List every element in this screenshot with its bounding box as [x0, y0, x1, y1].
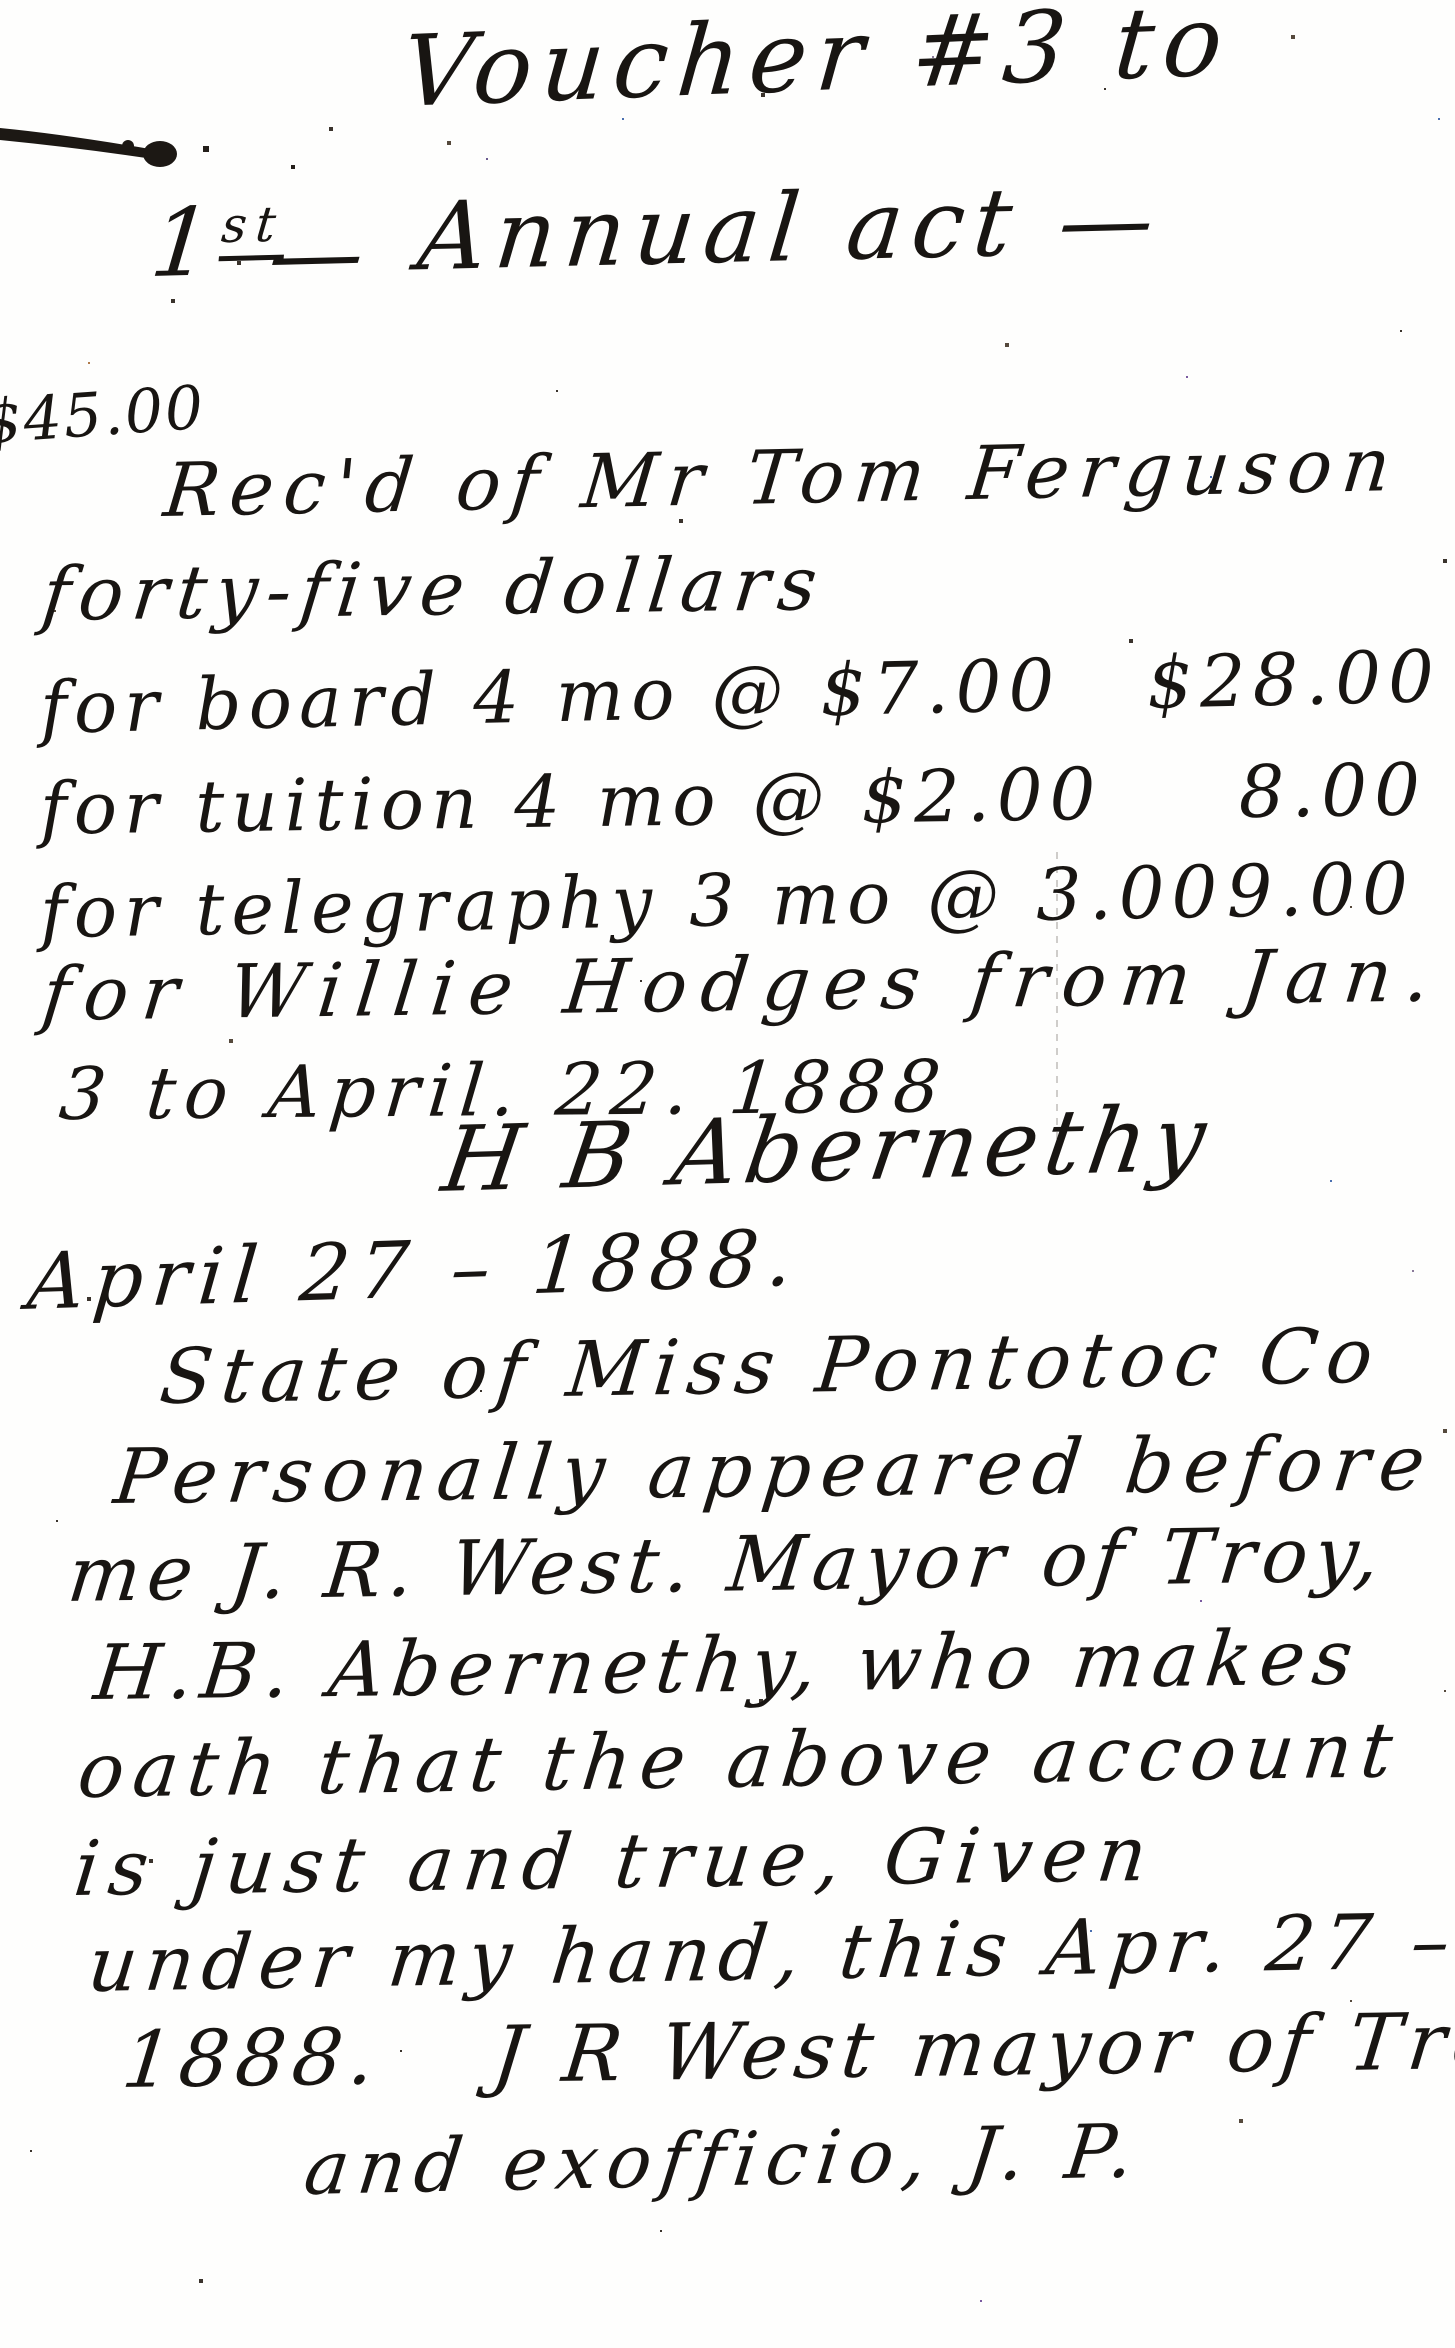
affidavit-date-line: April 27 – 1888. — [24, 1213, 805, 1328]
receipt-item-row: for tuition 4 mo @ $2.00 8.00 — [39, 747, 1441, 851]
scan-noise-specks — [0, 0, 2, 2]
voucher-title-line1: Voucher #3 to — [398, 0, 1236, 130]
closing-line: 1888. J R West mayor of Troy — [118, 1996, 1455, 2106]
affidavit-line: under my hand, this Apr. 27 – — [84, 1896, 1455, 2009]
abernethy-signature: H B Abernethy — [436, 1086, 1219, 1213]
scanned-document-page: Voucher #3 to 1st— Annual act — $45.00 R… — [0, 0, 1455, 2348]
amount-in-words: forty-five dollars — [38, 541, 830, 638]
closing-year: 1888. — [118, 2012, 386, 2106]
title-trailing-dash: — — [1054, 165, 1168, 277]
receipt-item-row: for board 4 mo @ $7.00 $28.00 — [39, 634, 1442, 750]
affidavit-line: State of Miss Pontotoc Co — [156, 1311, 1386, 1421]
item-amount: 8.00 — [1238, 747, 1427, 834]
item-amount: 9.00 — [1226, 846, 1416, 933]
ordinal-underline-dash: — — [264, 198, 378, 310]
affidavit-line: Personally appeared before — [110, 1418, 1440, 1521]
amount-in-figures: $45.00 — [0, 373, 207, 458]
received-of-line: Rec'd of Mr Tom Ferguson — [160, 422, 1404, 534]
item-description: for tuition 4 mo @ $2.00 — [39, 752, 1102, 851]
affidavit-line: is just and true, Given — [70, 1809, 1161, 1913]
affidavit-line: oath that the above account — [74, 1705, 1406, 1815]
item-description: for board 4 mo @ $7.00 — [39, 643, 1062, 750]
west-signature: J R West mayor of Troy — [488, 1996, 1455, 2101]
title-number: 1 — [146, 188, 226, 299]
affidavit-line: H.B. Abernethy, who makes — [90, 1612, 1365, 1717]
item-amount: $28.00 — [1146, 634, 1442, 725]
west-signature-title: and exofficio, J. P. — [300, 2108, 1147, 2212]
purpose-line-1: for Willie Hodges from Jan. — [38, 932, 1448, 1038]
title-text: Annual act — [413, 168, 1025, 292]
affidavit-line: me J. R. West. Mayor of Troy, — [64, 1509, 1391, 1619]
